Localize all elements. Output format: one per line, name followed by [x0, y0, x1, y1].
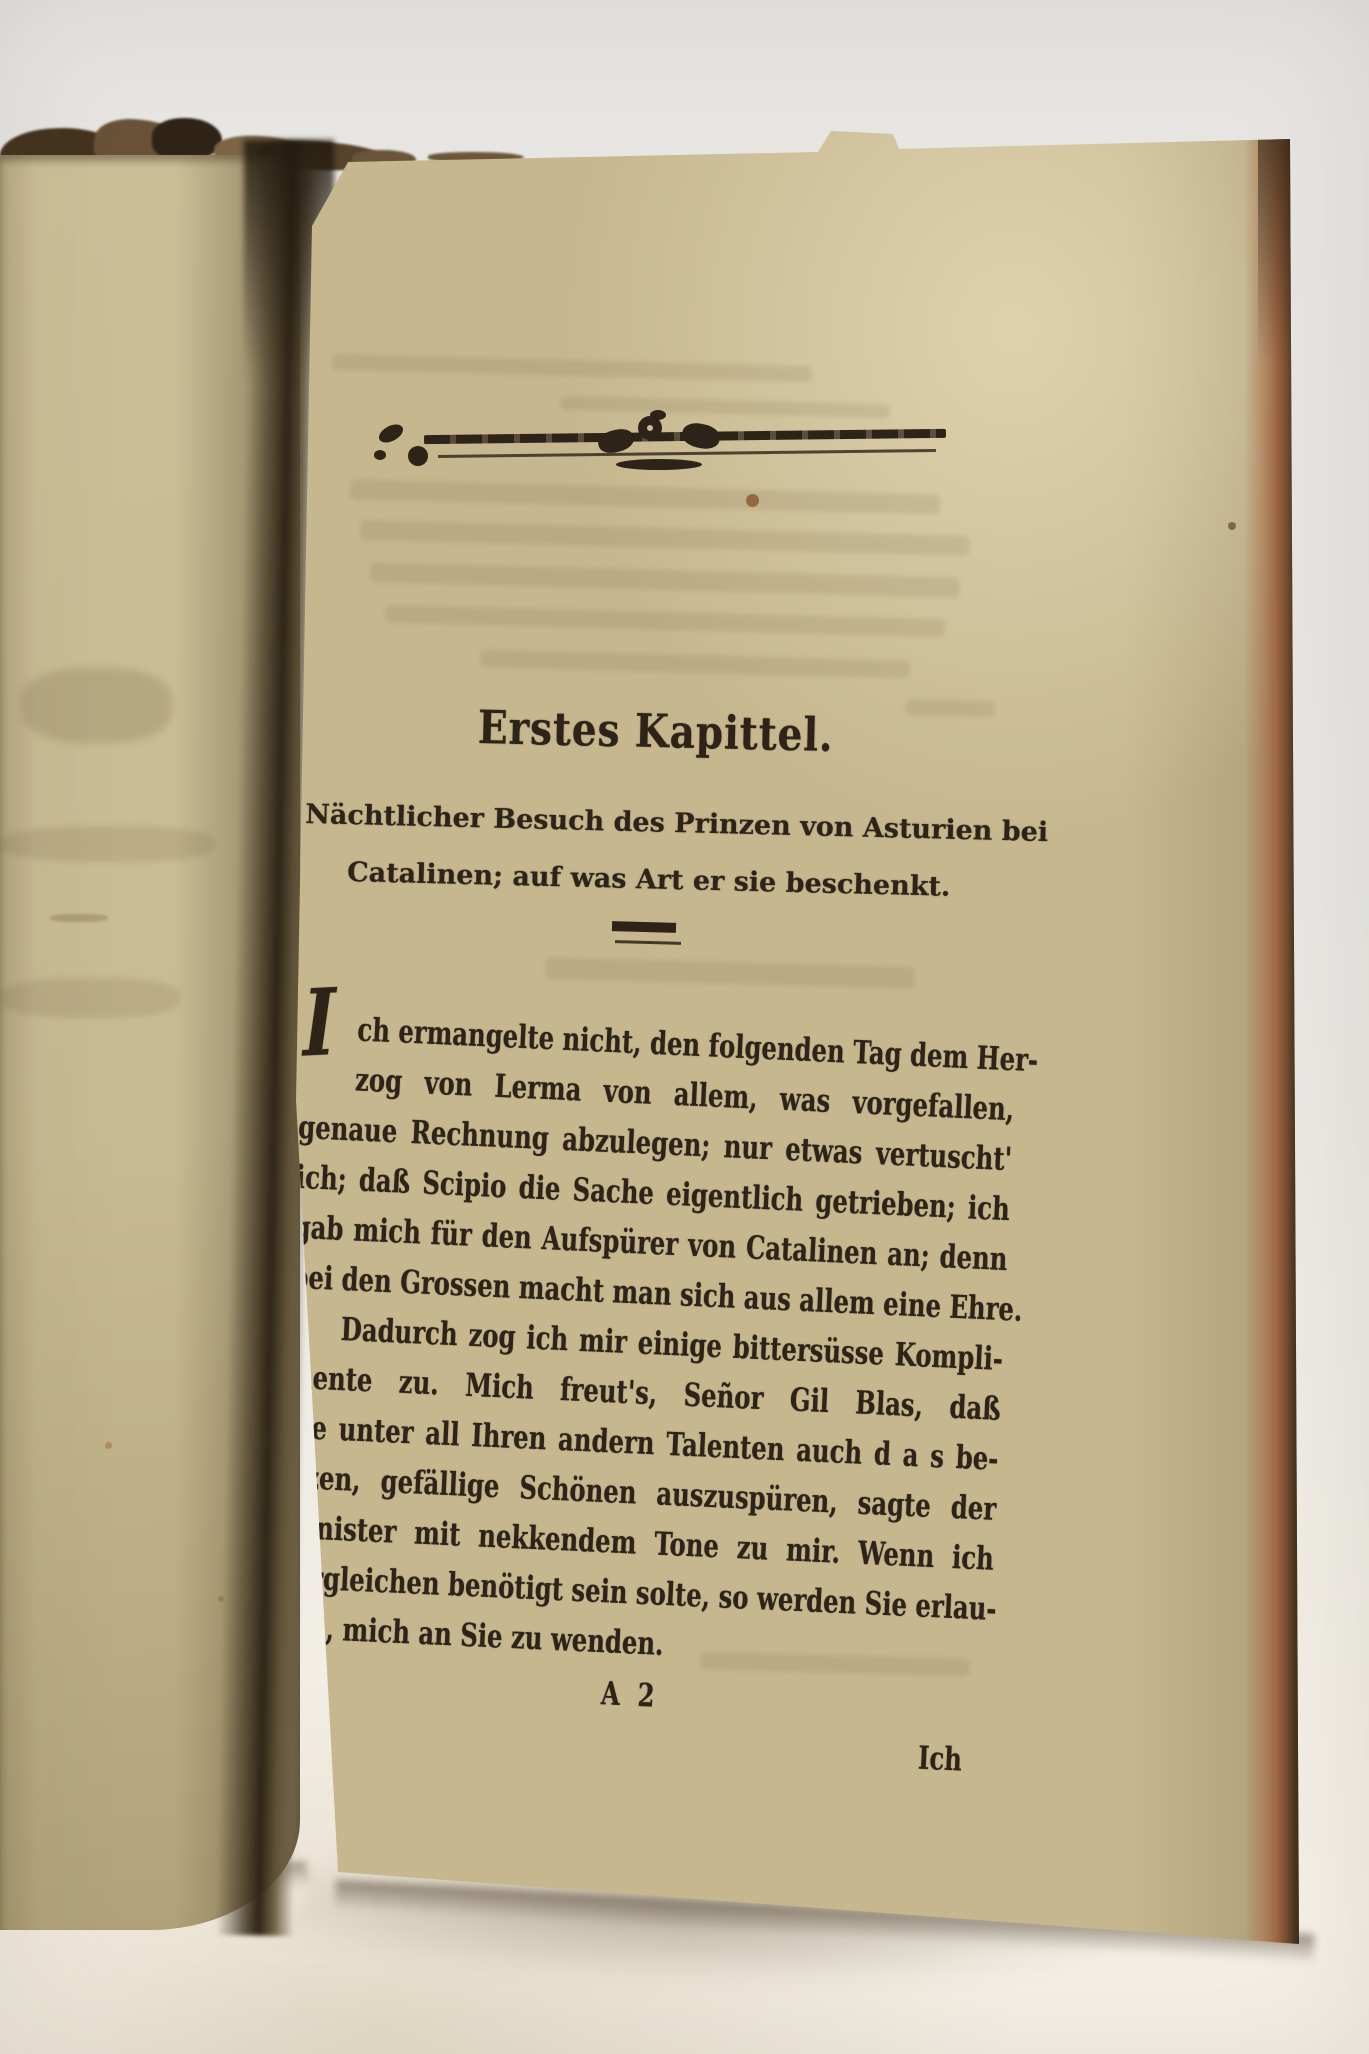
- show-through-line: [480, 649, 910, 678]
- fox-spot: [746, 494, 759, 507]
- show-through-line: [385, 605, 945, 638]
- book-photo: Erstes Kapittel. Nächtlicher Besuch des …: [0, 0, 1369, 2054]
- body-text: I ch ermangelte nicht, den folgenden Tag…: [270, 1002, 1018, 1786]
- chapter-heading: Erstes Kapittel.: [477, 700, 825, 762]
- show-through-line: [545, 957, 915, 989]
- fore-edge-dark-top: [1258, 132, 1302, 362]
- fox-spot: [1228, 522, 1236, 530]
- binding-debris-fragment: [152, 118, 222, 160]
- fox-spot: [105, 1442, 112, 1449]
- show-through-smudge: [22, 668, 172, 743]
- ornament-left-flourish-icon: [374, 424, 430, 470]
- show-through-smudge: [0, 826, 215, 862]
- drop-cap: I: [303, 976, 336, 1069]
- show-through-smudge: [50, 914, 108, 922]
- chapter-subtitle: Nächtlicher Besuch des Prinzen von Astur…: [303, 786, 996, 917]
- ornament-floral-center-icon: [598, 410, 720, 472]
- fore-edge: [1244, 132, 1302, 1947]
- show-through-line: [370, 562, 960, 597]
- show-through-smudge: [0, 978, 180, 1018]
- show-through-line: [350, 479, 940, 514]
- show-through-line: [332, 354, 812, 383]
- section-rule-thin: [615, 940, 681, 945]
- section-rule-thick: [612, 921, 676, 933]
- show-through-line: [360, 520, 970, 556]
- show-through-line: [905, 699, 995, 717]
